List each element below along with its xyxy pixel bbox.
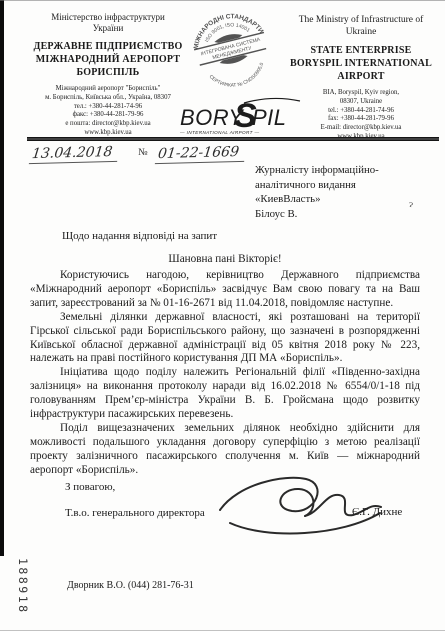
signer-position: Т.в.о. генерального директора <box>65 507 205 519</box>
scan-edge-top <box>0 0 445 1</box>
contact-info-en: BIA, Boryspil, Kyiv region, 08307, Ukrai… <box>283 89 439 142</box>
ministry-name-ua: Міністерство інфраструктури України <box>28 12 188 34</box>
enterprise-name-ua: ДЕРЖАВНЕ ПІДПРИЄМСТВО МІЖНАРОДНИЙ АЕРОПО… <box>28 40 188 79</box>
stamp-arc-bottom-text: СЕРТИФІКАТ № CND5/0905.0 <box>207 61 270 95</box>
scan-edge-left <box>0 0 4 556</box>
paragraph-1: Користуючись нагодою, керівництво Держав… <box>30 269 420 311</box>
letterhead-english: The Ministry of Infrastructure of Ukrain… <box>283 14 439 142</box>
enterprise-name-en: STATE ENTERPRISE BORYSPIL INTERNATIONAL … <box>283 44 439 83</box>
paragraph-3: Ініціатива щодо поділу належить Регіонал… <box>30 366 420 422</box>
recipient-block: Журналісту інформаційно- аналітичного ви… <box>255 163 430 221</box>
executor-contact: Дворник В.О. (044) 281-76-31 <box>67 580 194 591</box>
signer-name: Є.Г. Дихне <box>352 506 402 518</box>
header-divider-rule <box>27 137 439 141</box>
ministry-name-en: The Ministry of Infrastructure of Ukrain… <box>283 14 439 38</box>
subject-line: Щодо надання відповіді на запит <box>62 230 217 242</box>
reference-line: 13.04.2018 № 01-22-1669 <box>30 144 244 163</box>
closing-regards: З повагою, <box>65 481 115 493</box>
letter-body: Користуючись нагодою, керівництво Держав… <box>30 269 420 478</box>
registration-margin-number: 188918 <box>16 558 30 615</box>
number-sign-label: № <box>138 147 148 158</box>
signature-icon <box>212 466 390 542</box>
salutation: Шановна пані Вікторіє! <box>30 253 420 265</box>
paragraph-2: Земельні ділянки державної власності, як… <box>30 311 420 367</box>
logo-subtitle: — INTERNATIONAL AIRPORT — <box>179 130 260 135</box>
letterhead-ukrainian: Міністерство інфраструктури України ДЕРЖ… <box>28 12 188 138</box>
contact-info-ua: Міжнародний аеропорт "Бориспіль" м. Бори… <box>28 85 188 138</box>
scanned-letter-page: Міністерство інфраструктури України ДЕРЖ… <box>0 0 445 631</box>
boryspil-logo: BORY S PIL — INTERNATIONAL AIRPORT — <box>178 96 304 138</box>
handwritten-outgoing-number: 01-22-1669 <box>155 144 246 164</box>
svg-text:СЕРТИФІКАТ № CND5/0905.0: СЕРТИФІКАТ № CND5/0905.0 <box>207 61 270 95</box>
logo-text-pil: PIL <box>252 105 287 130</box>
handwritten-date: 13.04.2018 <box>29 144 120 164</box>
iso-certification-stamp-icon: МІЖНАРОДНІ СТАНДАРТИ ISO 9001, ISO 14001… <box>176 0 285 104</box>
